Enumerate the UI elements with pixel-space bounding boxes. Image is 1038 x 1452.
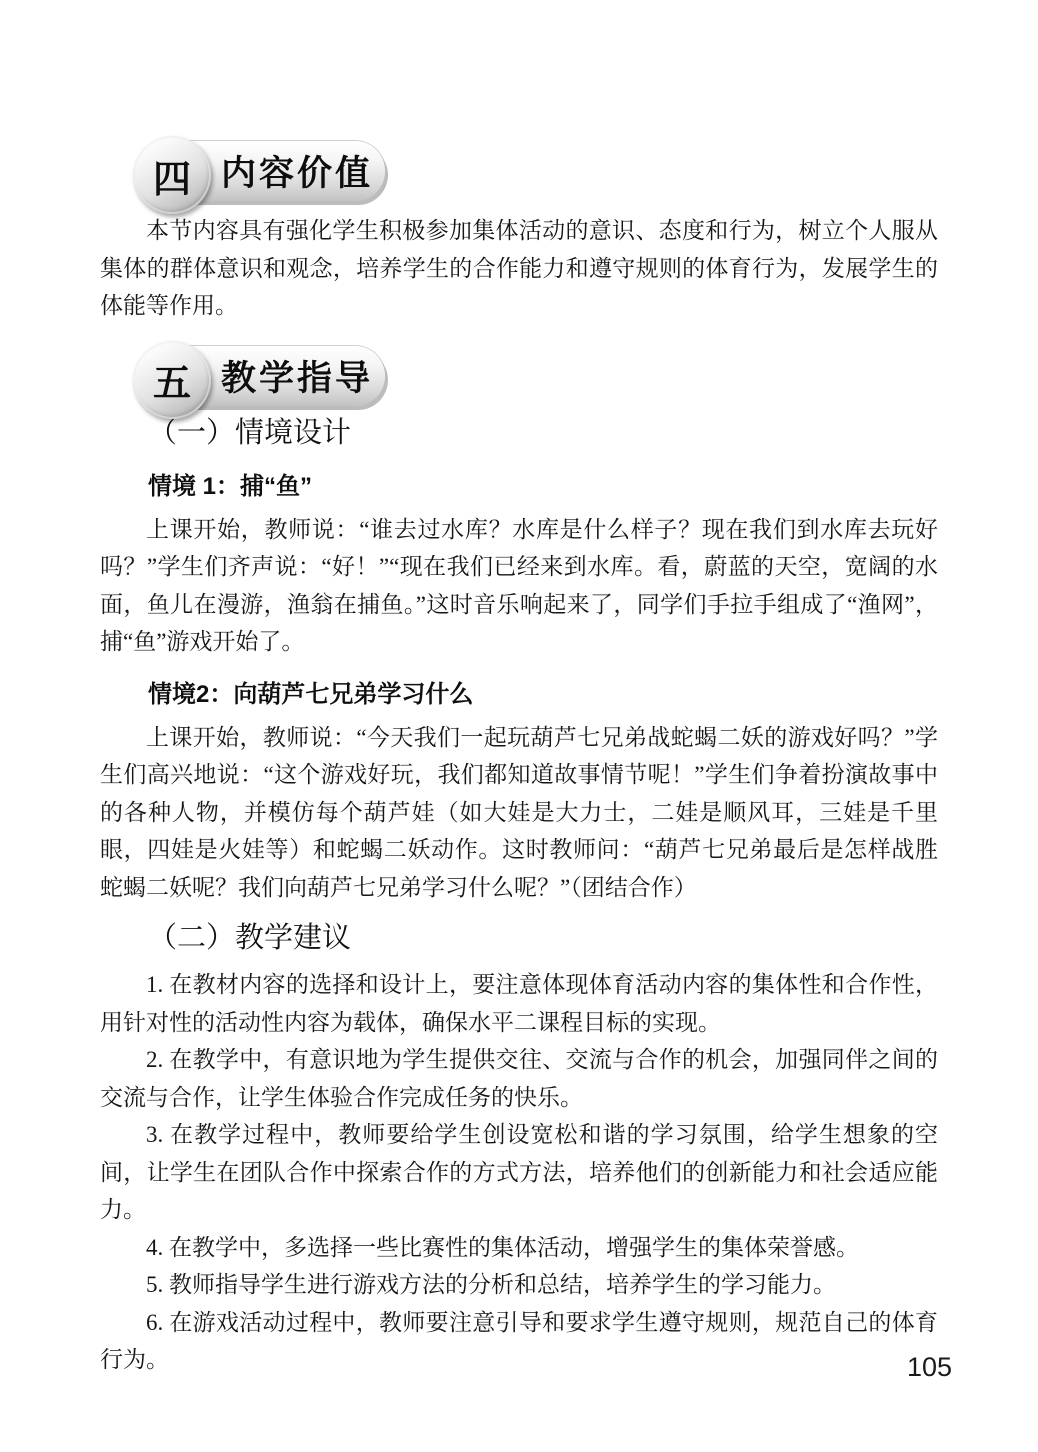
section5-number-circle: 五 [133, 341, 211, 419]
scenario1-heading: 情境 1：捕“鱼” [148, 471, 938, 503]
advice-item-3: 3. 在教学过程中，教师要给学生创设宽松和谐的学习氛围，给学生想象的空间，让学生… [100, 1116, 938, 1229]
section5-number: 五 [153, 352, 191, 407]
section4-paragraph: 本节内容具有强化学生积极参加集体活动的意识、态度和行为，树立个人服从集体的群体意… [100, 212, 938, 325]
subsection2-heading: （二）教学建议 [148, 918, 938, 958]
advice-item-6: 6. 在游戏活动过程中，教师要注意引导和要求学生遵守规则，规范自己的体育行为。 [100, 1304, 938, 1379]
scenario1-paragraph: 上课开始，教师说：“谁去过水库？水库是什么样子？现在我们到水库去玩好吗？”学生们… [100, 511, 938, 661]
advice-item-5: 5. 教师指导学生进行游戏方法的分析和总结，培养学生的学习能力。 [100, 1266, 938, 1304]
document-page: 内容价值 四 本节内容具有强化学生积极参加集体活动的意识、态度和行为，树立个人服… [0, 0, 1038, 1452]
section4-number: 四 [153, 148, 191, 203]
teaching-advice-list: 1. 在教材内容的选择和设计上，要注意体现体育活动内容的集体性和合作性，用针对性… [100, 966, 938, 1379]
page-number: 105 [907, 1352, 952, 1383]
scenario2-heading: 情境2：向葫芦七兄弟学习什么 [148, 679, 938, 711]
section4-number-circle: 四 [133, 136, 211, 214]
advice-item-4: 4. 在教学中，多选择一些比赛性的集体活动，增强学生的集体荣誉感。 [100, 1229, 938, 1267]
scenario2-paragraph: 上课开始，教师说：“今天我们一起玩葫芦七兄弟战蛇蝎二妖的游戏好吗？”学生们高兴地… [100, 719, 938, 907]
advice-item-2: 2. 在教学中，有意识地为学生提供交往、交流与合作的机会，加强同伴之间的交流与合… [100, 1041, 938, 1116]
section4-header-badge: 内容价值 四 [133, 136, 938, 216]
advice-item-1: 1. 在教材内容的选择和设计上，要注意体现体育活动内容的集体性和合作性，用针对性… [100, 966, 938, 1041]
section4-title: 内容价值 [221, 146, 373, 196]
section5-title: 教学指导 [221, 351, 373, 401]
section5-header-badge: 教学指导 五 [133, 341, 938, 421]
